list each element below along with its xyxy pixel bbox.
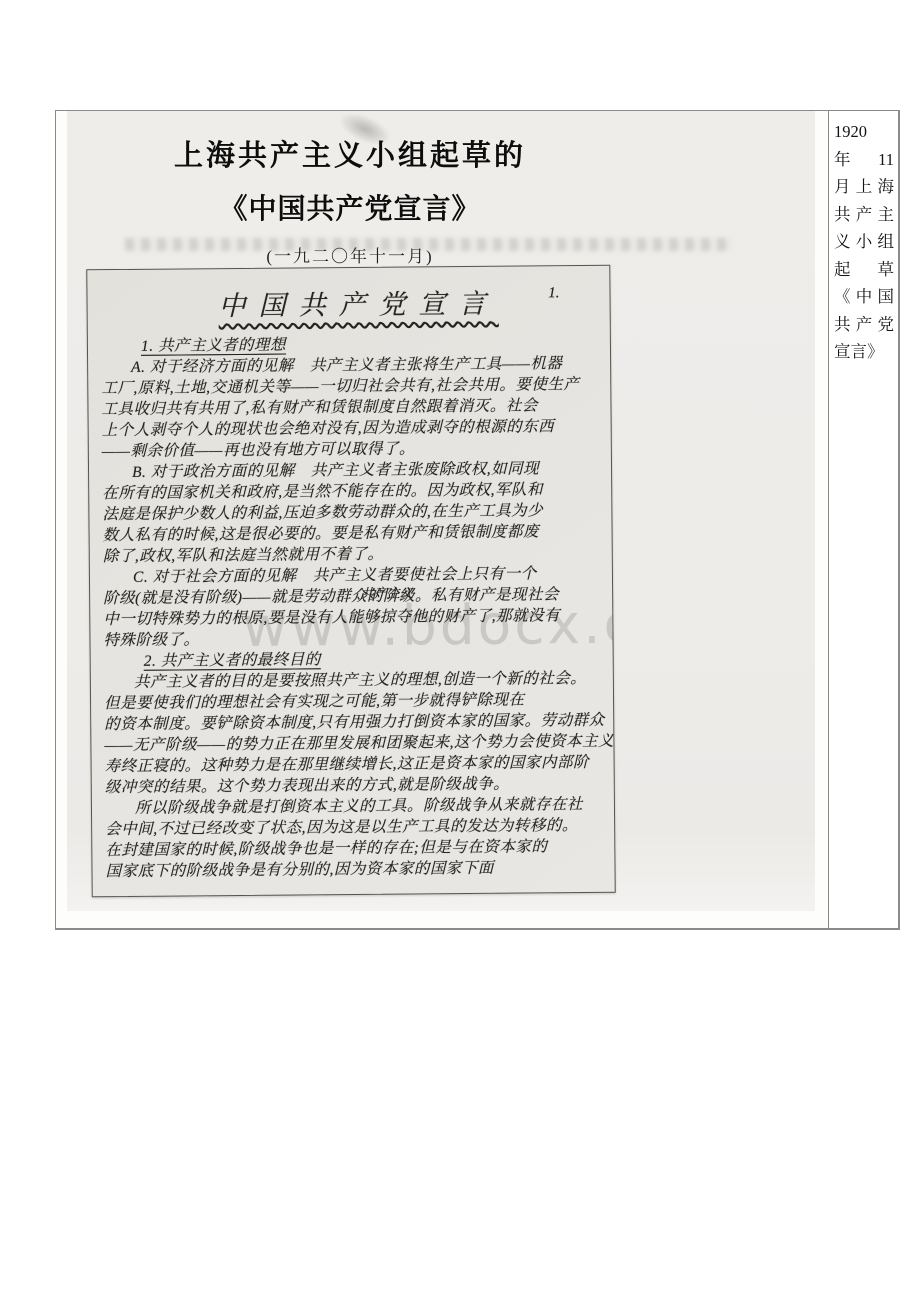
manuscript-line: 中一切特殊势力的根原,要是没有人能够掠夺他的财产了,那就没有 bbox=[103, 605, 602, 630]
caption-line: 1920 bbox=[834, 118, 894, 146]
manuscript-line: 寿终正寝的。这种势力是在那里继续增长,这正是资本家的国家内部阶 bbox=[105, 752, 604, 777]
caption-line: 共产主 bbox=[834, 201, 894, 229]
caption-line: 《中国 bbox=[834, 283, 894, 311]
ink-bleed-ghost-line bbox=[125, 238, 733, 251]
caption-line: 义小组 bbox=[834, 228, 894, 256]
document-main-cell: 上海共产主义小组起草的 《中国共产党宣言》 (一九二〇年十一月) www.bdo… bbox=[56, 111, 828, 928]
caption-column: 1920 年 11 月上海 共产主 义小组 起 草 《中国 共产党 宣言》 bbox=[828, 111, 898, 928]
manuscript-line: 在封建国家的时候,阶级战争也是一样的存在;但是与在资本家的 bbox=[105, 836, 604, 861]
document-title-line2: 《中国共产党宣言》 bbox=[67, 187, 633, 227]
handwritten-manuscript: www.bdocx.com 1. 中国共产党宣言 1. 共产主义者的理想 A. … bbox=[86, 265, 615, 898]
manuscript-line: 数人私有的时候,这是很必要的。要是私有财产和赁银制度都废 bbox=[103, 521, 602, 546]
caption-line: 宣言》 bbox=[834, 338, 894, 366]
manuscript-line: 共产主义者的目的是要按照共产主义的理想,创造一个新的社会。 bbox=[104, 668, 603, 693]
document-frame: 上海共产主义小组起草的 《中国共产党宣言》 (一九二〇年十一月) www.bdo… bbox=[55, 110, 900, 930]
caption-line: 起 草 bbox=[834, 256, 894, 284]
manuscript-content: 1. 中国共产党宣言 1. 共产主义者的理想 A. 对于经济方面的见解 共产主义… bbox=[100, 281, 604, 882]
caption-line: 共产党 bbox=[834, 311, 894, 339]
manuscript-line: 上个人剥夺个人的现状也会绝对没有,因为造成剥夺的根源的东西 bbox=[102, 416, 601, 441]
caption-line: 月上海 bbox=[834, 173, 894, 201]
scanned-page: 上海共产主义小组起草的 《中国共产党宣言》 (一九二〇年十一月) www.bdo… bbox=[67, 111, 815, 911]
manuscript-title: 中国共产党宣言 bbox=[218, 282, 498, 323]
manuscript-insertion-note: 共产主义 bbox=[361, 582, 413, 601]
manuscript-line: 国家底下的阶级战争是有分别的,因为资本家的国家下面 bbox=[105, 857, 604, 882]
manuscript-page-number: 1. bbox=[548, 285, 559, 302]
caption-line: 年 11 bbox=[834, 146, 894, 174]
document-title-line1: 上海共产主义小组起草的 bbox=[67, 133, 633, 174]
